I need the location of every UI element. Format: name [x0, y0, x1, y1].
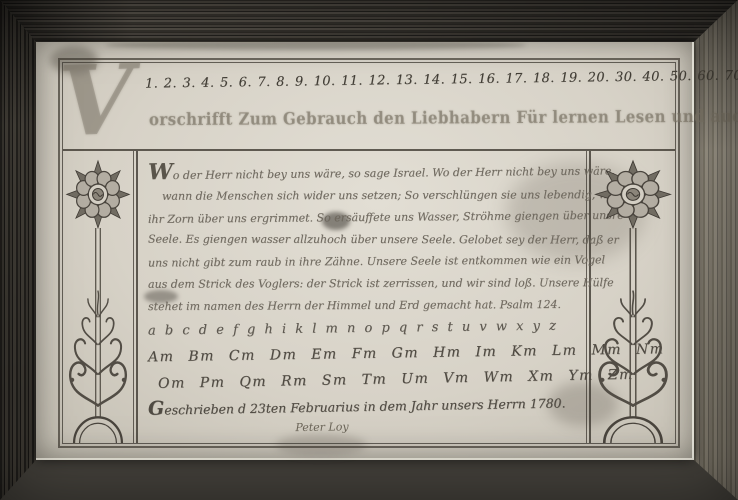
script-line: Wo der Herr nicht bey uns wäre, so sage … — [148, 157, 576, 187]
base-arch-icon — [604, 417, 661, 443]
left-ornament-column — [63, 151, 133, 443]
wood-frame-left — [0, 0, 36, 500]
document-body: Wo der Herr nicht bey uns wäre, so sage … — [63, 151, 675, 443]
psalm-text-block: Wo der Herr nicht bey uns wäre, so sage … — [148, 159, 576, 317]
fraktur-heading: orschrifft Zum Gebrauch den Liebhabern F… — [149, 106, 669, 129]
drawn-ink-border-inner: V 1. 2. 3. 4. 5. 6. 7. 8. 9. 10. 11. 12.… — [62, 62, 676, 444]
photo-of-framed-document: V 1. 2. 3. 4. 5. 6. 7. 8. 9. 10. 11. 12.… — [0, 0, 738, 500]
floral-ornament-icon — [63, 151, 133, 443]
drawn-ink-border: V 1. 2. 3. 4. 5. 6. 7. 8. 9. 10. 11. 12.… — [58, 58, 680, 448]
floral-ornament-icon — [591, 151, 675, 443]
rosette-flower-icon — [595, 161, 670, 228]
script-line: aus dem Strick des Voglers: der Strick i… — [148, 272, 576, 295]
script-line: uns nicht gibt zum raub in ihre Zähne. U… — [148, 250, 576, 275]
script-line: wann die Menschen sich wider uns setzen;… — [148, 184, 576, 207]
wood-frame-bottom — [0, 460, 738, 500]
top-margin-stain — [106, 40, 526, 50]
flower-stem — [96, 228, 101, 417]
numbers-row: 1. 2. 3. 4. 5. 6. 7. 8. 9. 10. 11. 12. 1… — [145, 69, 669, 91]
ornate-initial-letter: V — [57, 52, 135, 151]
acanthus-scrolls — [600, 291, 667, 405]
acanthus-scrolls — [70, 291, 126, 405]
script-line: Seele. Es giengen wasser allzuhoch über … — [148, 229, 576, 252]
handwritten-text-panel: Wo der Herr nicht bey uns wäre, so sage … — [138, 151, 586, 443]
right-ornament-column — [591, 151, 675, 443]
wood-frame-top — [0, 0, 738, 42]
rosette-flower-icon — [67, 161, 130, 228]
header-band: V 1. 2. 3. 4. 5. 6. 7. 8. 9. 10. 11. 12.… — [63, 63, 675, 151]
flower-stem — [630, 228, 636, 417]
script-line: ihr Zorn über uns ergrimmet. So ersäuffe… — [148, 205, 576, 231]
paper-sheet: V 1. 2. 3. 4. 5. 6. 7. 8. 9. 10. 11. 12.… — [36, 42, 694, 460]
